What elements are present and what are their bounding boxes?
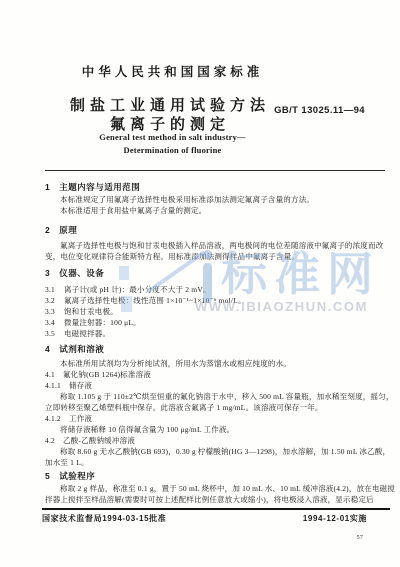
section-3-heading: 3仪器、设备 [45, 267, 387, 280]
apparatus-item: 3.5电磁搅拌器。 [45, 328, 387, 339]
clause-4-2-paragraph: 称取 8.60 g 无水乙酸钠(GB 693)，0.30 g 柠檬酸钠(HG 3… [45, 446, 387, 457]
document-title-line2: 氟离子的测定 [0, 113, 340, 134]
section-2-heading: 2原理 [45, 224, 387, 237]
apparatus-item: 3.2氟离子选择性电极：线性范围 1×10⁻¹~1×10⁻⁶ mol/L。 [45, 295, 387, 306]
header-divider [45, 170, 385, 171]
section-3-number: 3 [45, 268, 50, 278]
section-1-heading: 1主题内容与适用范围 [45, 181, 387, 194]
standard-code: GB/T 13025.11—94 [274, 105, 365, 116]
clause-4-2: 4.2乙酸-乙酸钠缓冲溶液 [45, 435, 387, 446]
section-5-paragraph: 拌器上搅拌至样品溶解(需要时可按上述配样比例任意放大或缩小)，将电极浸入溶液，显… [45, 494, 387, 505]
section-5-title: 试验程序 [59, 471, 95, 481]
apparatus-item: 3.4微量注射器：100 μL。 [45, 317, 387, 328]
section-1-number: 1 [45, 182, 50, 192]
section-5-paragraph: 称取 2 g 样品，称准至 0.1 g，置于 50 mL 烧杯中，加 10 mL… [45, 483, 387, 494]
apparatus-item: 3.1离子计(或 pH 计)：最小分度不大于 2 mV。 [45, 284, 387, 295]
section-4-number: 4 [45, 344, 50, 354]
clause-4-1-2: 4.1.2工作液 [45, 413, 387, 424]
standard-document-page: 中华人民共和国国家标准 制盐工业通用试验方法 氟离子的测定 GB/T 13025… [0, 0, 400, 567]
section-5-heading: 5试验程序 [45, 470, 387, 483]
page-number: 57 [357, 534, 364, 541]
apparatus-item: 3.3饱和甘汞电极。 [45, 306, 387, 317]
document-body: 1主题内容与适用范围 本标准规定了用氟离子选择性电极采用标准添加法测定氟离子含量… [45, 176, 387, 505]
section-1-title: 主题内容与适用范围 [59, 182, 140, 192]
section-4-heading: 4试剂和溶液 [45, 343, 387, 356]
section-4-intro: 本标准所用试剂均为分析纯试剂，所用水为蒸馏水或相应纯度的水。 [45, 358, 387, 369]
section-4-title: 试剂和溶液 [59, 344, 104, 354]
clause-4-1-1-paragraph: 称取 1.105 g 于 110±2℃烘至恒重的氟化钠溶于水中，移入 500 m… [45, 391, 387, 402]
section-1-paragraph: 本标准规定了用氟离子选择性电极采用标准添加法测定氟离子含量的方法。 [45, 194, 387, 205]
section-2-number: 2 [45, 225, 50, 235]
section-3-title: 仪器、设备 [59, 268, 104, 278]
footer-divider [42, 508, 390, 510]
clause-4-2-paragraph: 加水至 1 L。 [45, 457, 387, 468]
approval-note: 国家技术监督局1994-03-15批准 [42, 513, 166, 524]
section-5-number: 5 [45, 471, 50, 481]
english-title-line2: Determination of fluorine [0, 145, 345, 155]
national-standard-header: 中华人民共和国国家标准 [0, 62, 345, 80]
section-1-paragraph: 本标准适用于食用盐中氟离子含量的测定。 [45, 205, 387, 216]
clause-4-1-2-paragraph: 将储存液稀释 10 倍得氟含量为 100 μg/mL 工作液。 [45, 424, 387, 435]
english-title-line1: General test method in salt industry— [0, 132, 345, 142]
section-2-paragraph: 氟离子选择性电极与饱和甘汞电极插入样品溶液，两电极间的电位差随溶液中氟离子的浓度… [45, 240, 387, 251]
implementation-note: 1994-12-01实施 [303, 513, 367, 524]
clause-4-1-1-paragraph: 立即转移至聚乙烯塑料瓶中保存。此溶液含氟离子 1 mg/mL。该溶液可保存一年。 [45, 402, 387, 413]
clause-4-1: 4.1氟化钠(GB 1264)标准溶液 [45, 369, 387, 380]
section-2-paragraph: 变，电位变化规律符合能斯特方程。用标准添加法测得样品中氟离子含量。 [45, 251, 387, 262]
section-2-title: 原理 [59, 225, 77, 235]
clause-4-1-1: 4.1.1储存液 [45, 380, 387, 391]
